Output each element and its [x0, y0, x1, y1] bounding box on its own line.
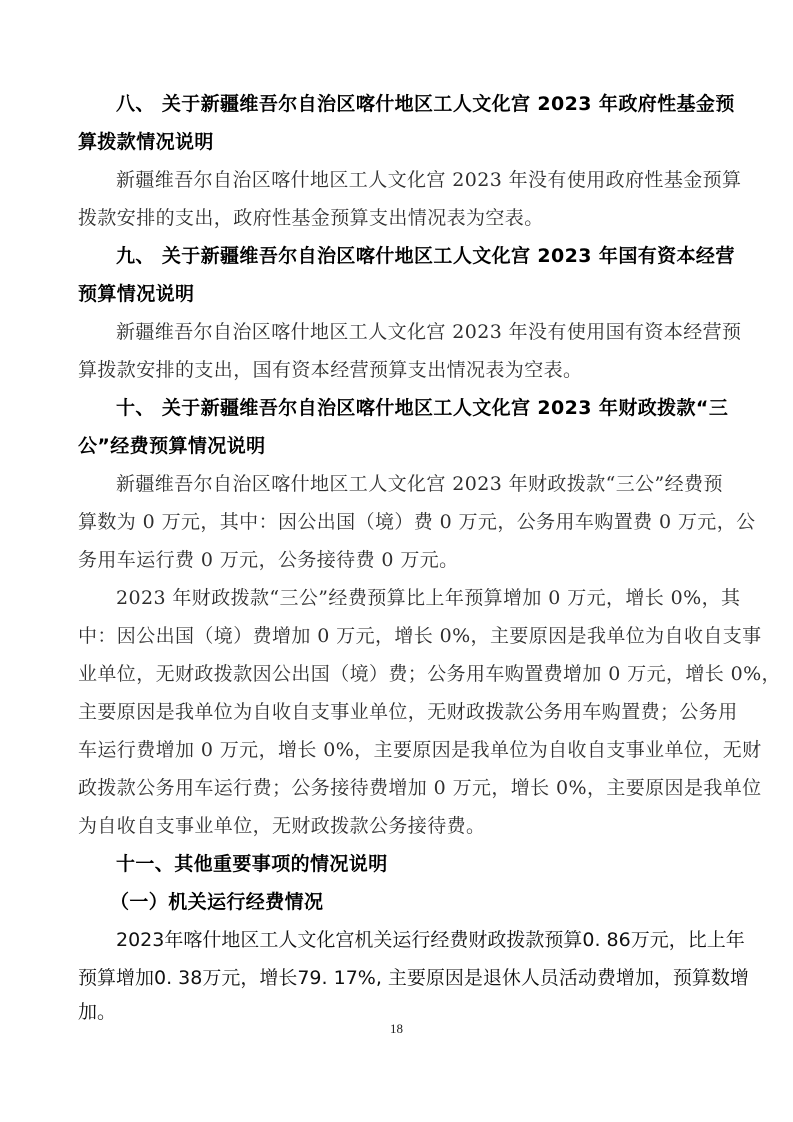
- section-10-para1-line-3: 务用车运行费 0 万元，公务接待费 0 万元。: [78, 545, 710, 575]
- section-11-body-line-2: 预算增加0. 38万元，增长79. 17%, 主要原因是退休人员活动费增加，预算…: [78, 963, 710, 993]
- section-8-heading-line-1: 八、 关于新疆维吾尔自治区喀什地区工人文化宫 2023 年政府性基金预: [116, 89, 710, 119]
- section-10-para2-line-6: 政拨款公务用车运行费；公务接待费增加 0 万元，增长 0%，主要原因是我单位: [78, 773, 710, 803]
- section-9-heading-line-1: 九、 关于新疆维吾尔自治区喀什地区工人文化宫 2023 年国有资本经营: [116, 241, 710, 271]
- section-9-body-line-2: 算拨款安排的支出，国有资本经营预算支出情况表为空表。: [78, 355, 710, 385]
- section-10-para2-line-5: 车运行费增加 0 万元，增长 0%，主要原因是我单位为自收自支事业单位，无财: [78, 735, 710, 765]
- section-10-para1-line-1: 新疆维吾尔自治区喀什地区工人文化宫 2023 年财政拨款“三公”经费预: [116, 469, 710, 499]
- section-10-para1-line-2: 算数为 0 万元，其中：因公出国（境）费 0 万元，公务用车购置费 0 万元，公: [78, 507, 710, 537]
- section-10-para2-line-1: 2023 年财政拨款“三公”经费预算比上年预算增加 0 万元，增长 0%，其: [116, 583, 710, 613]
- section-10-para2-line-7: 为自收自支事业单位，无财政拨款公务接待费。: [78, 811, 710, 841]
- section-11-body-line-1: 2023年喀什地区工人文化宫机关运行经费财政拨款预算0. 86万元，比上年: [116, 925, 710, 955]
- section-11-subheading: （一）机关运行经费情况: [110, 887, 704, 917]
- section-10-para2-line-2: 中：因公出国（境）费增加 0 万元，增长 0%，主要原因是我单位为自收自支事: [78, 621, 710, 651]
- section-9-body-line-1: 新疆维吾尔自治区喀什地区工人文化宫 2023 年没有使用国有资本经营预: [116, 317, 710, 347]
- section-10-heading-line-2: 公”经费预算情况说明: [78, 431, 710, 461]
- section-9-heading-line-2: 预算情况说明: [78, 279, 710, 309]
- section-8-body-line-1: 新疆维吾尔自治区喀什地区工人文化宫 2023 年没有使用政府性基金预算: [116, 165, 710, 195]
- section-10-heading-line-1: 十、 关于新疆维吾尔自治区喀什地区工人文化宫 2023 年财政拨款“三: [116, 393, 710, 423]
- section-10-para2-line-3: 业单位，无财政拨款因公出国（境）费；公务用车购置费增加 0 万元，增长 0%，: [78, 659, 710, 689]
- document-page: 八、 关于新疆维吾尔自治区喀什地区工人文化宫 2023 年政府性基金预 算拨款情…: [0, 0, 793, 1122]
- section-8-heading-line-2: 算拨款情况说明: [78, 127, 710, 157]
- page-number: 18: [0, 1021, 793, 1037]
- section-10-para2-line-4: 主要原因是我单位为自收自支事业单位，无财政拨款公务用车购置费；公务用: [78, 697, 710, 727]
- section-11-heading: 十一、其他重要事项的情况说明: [116, 849, 710, 879]
- section-8-body-line-2: 拨款安排的支出，政府性基金预算支出情况表为空表。: [78, 203, 710, 233]
